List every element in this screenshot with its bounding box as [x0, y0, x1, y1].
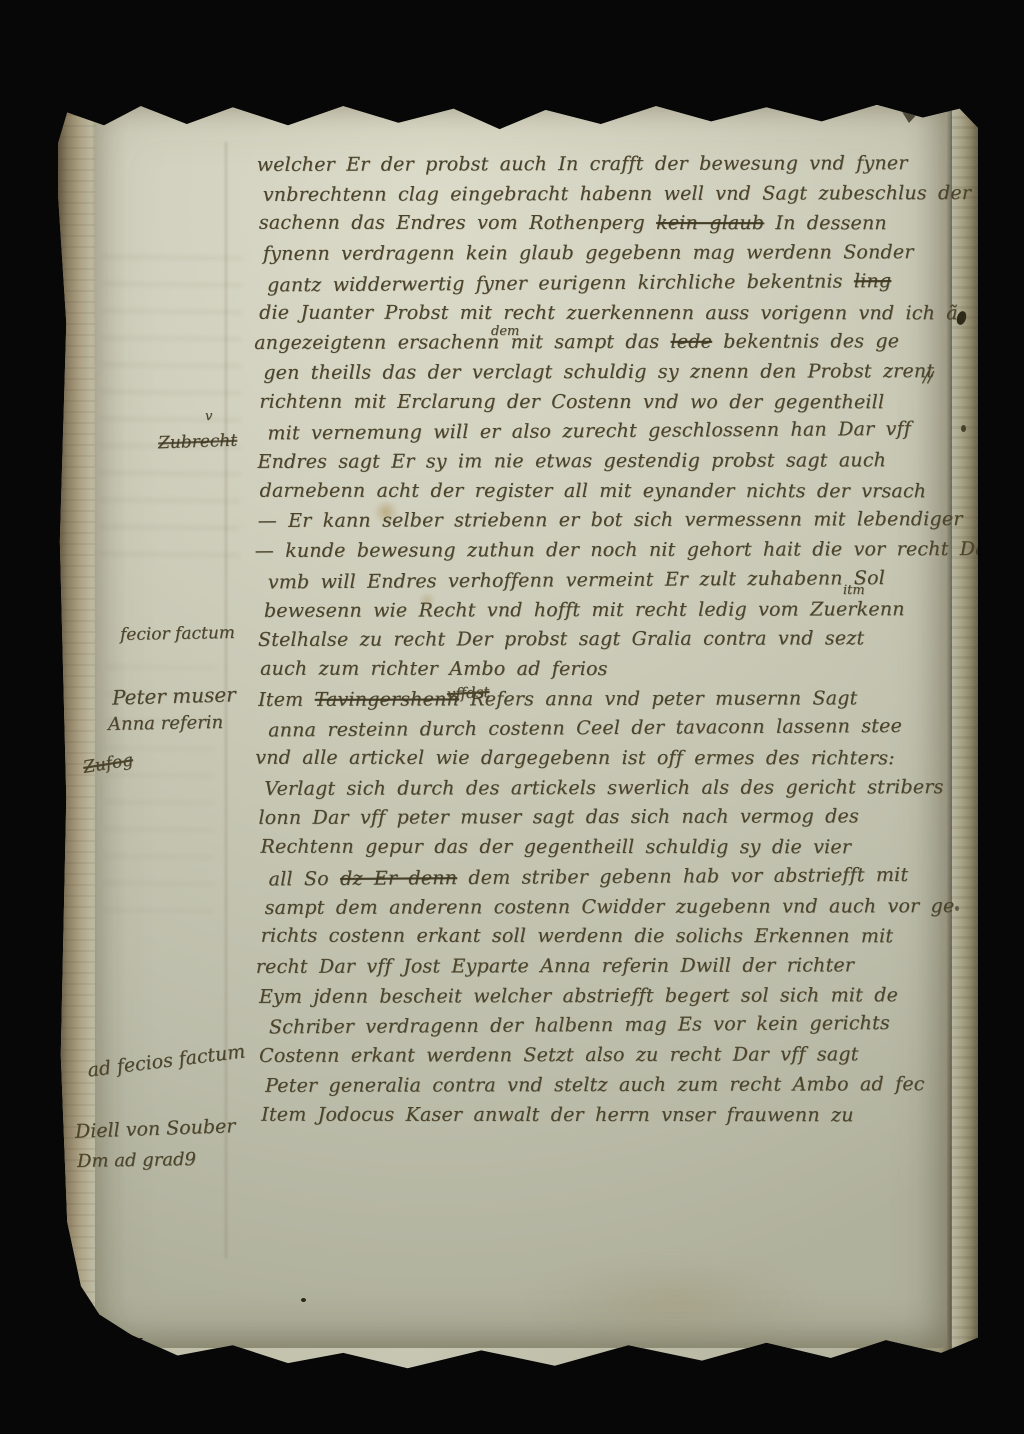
- ink-mark-top-right: [900, 108, 919, 124]
- manuscript-line: fynenn verdragenn kein glaub gegebenn ma…: [263, 238, 957, 270]
- line-text: — Er kann selber striebenn er bot sich v…: [258, 509, 963, 533]
- check-mark: v: [205, 409, 212, 424]
- manuscript-line: Rechtenn gepur das der gegentheill schul…: [261, 833, 959, 863]
- manuscript-line: Eym jdenn bescheit welcher abstriefft be…: [259, 981, 959, 1013]
- text-body: welcher Er der probst auch In crafft der…: [257, 149, 960, 1131]
- manuscript-line: Item Jodocus Kaser anwalt der herrn vnse…: [261, 1100, 959, 1130]
- line-text: Peter generalia contra vnd steltz auch z…: [265, 1073, 925, 1097]
- interline-slash-mark: //: [923, 368, 933, 386]
- line-text: Eym jdenn bescheit welcher abstriefft be…: [259, 984, 898, 1008]
- manuscript-line: vnbrechtenn clag eingebracht habenn well…: [263, 179, 957, 211]
- line-text: vmb will Endres verhoffenn vermeint Er z…: [268, 567, 885, 593]
- line-text: Verlagt sich durch des artickels swerlic…: [264, 776, 943, 800]
- margin-note-diell-von-souber: Diell von Souber: [75, 1115, 236, 1143]
- line-text: sachenn das Endres vom Rothenperg: [259, 212, 656, 234]
- line-text: all So: [269, 868, 341, 890]
- manuscript-line: — kunde bewesung zuthun der noch nit geh…: [255, 535, 958, 567]
- struck-text: dz Er denn: [340, 867, 457, 890]
- line-text: gantz widderwertig fyner eurigenn kirchl…: [267, 270, 854, 296]
- manuscript-line: gantz widderwertig fyner eurigenn kirchl…: [267, 266, 957, 301]
- line-text: recht Dar vff Jost Eyparte Anna referin …: [256, 954, 854, 978]
- line-text: die Juanter Probst mit recht zuerkennenn…: [259, 301, 958, 324]
- interline-note-dem: dem: [491, 324, 519, 339]
- manuscript-line: Verlagt sich durch des artickels swerlic…: [264, 773, 958, 805]
- line-text: lonn Dar vff peter muser sagt das sich n…: [258, 806, 858, 830]
- manuscript-line: sampt dem anderenn costenn Cwidder zugeb…: [265, 892, 959, 924]
- stain: [525, 1256, 825, 1346]
- verso-showthrough: [99, 255, 242, 556]
- margin-note-text: Zubrecht: [158, 431, 238, 454]
- manuscript-line: — Er kann selber striebenn er bot sich v…: [258, 506, 958, 538]
- manuscript-line: auch zum richter Ambo ad ferios: [260, 655, 958, 685]
- interline-scribble-crossed: vffdst: [447, 683, 490, 703]
- manuscript-line: Stelhalse zu recht Der probst sagt Grali…: [258, 624, 958, 656]
- margin-note-ad-fecios-factum: ad fecios factum: [86, 1040, 246, 1081]
- line-text: bewesenn wie Recht vnd hofft mit recht l…: [264, 598, 905, 622]
- corner-fold-notch: [121, 1338, 143, 1352]
- manuscript-photo: welcher Er der probst auch In crafft der…: [0, 0, 1024, 1434]
- manuscript-line: lonn Dar vff peter muser sagt das sich n…: [258, 803, 958, 835]
- manuscript-line: bewesenn wie Recht vnd hofft mit recht l…: [264, 595, 958, 627]
- corner-fold: [103, 1334, 159, 1364]
- parchment-surface: welcher Er der probst auch In crafft der…: [95, 106, 947, 1348]
- struck-text: kein glaub: [656, 212, 764, 234]
- interline-note-itm: itm: [843, 583, 865, 598]
- line-text: angezeigtenn ersachenn mit sampt das: [254, 331, 670, 354]
- margin-note-fecior-factum: fecior factum: [120, 623, 235, 645]
- line-text: Item: [258, 688, 315, 710]
- line-text: anna resteinn durch costenn Ceel der tav…: [268, 715, 902, 741]
- margin-note-zubrecht: Zubrecht: [158, 431, 238, 454]
- margin-note-peter-muser: Peter muser: [112, 682, 236, 709]
- manuscript-line: vnd alle artickel wie dargegebenn ist of…: [255, 744, 958, 774]
- manuscript-line: die Juanter Probst mit recht zuerkennenn…: [259, 298, 957, 328]
- line-text: Stelhalse zu recht Der probst sagt Grali…: [258, 628, 864, 652]
- manuscript-line: Schriber verdragenn der halbenn mag Es v…: [269, 1009, 959, 1044]
- struck-text: lede: [670, 331, 712, 353]
- manuscript-line: recht Dar vff Jost Eyparte Anna referin …: [256, 951, 959, 983]
- manuscript-line: mit vernemung will er also zurecht gesch…: [267, 415, 957, 450]
- manuscript-line: sachenn das Endres vom Rothenperg kein g…: [259, 209, 957, 239]
- line-text: dem striber gebenn hab vor abstriefft mi…: [457, 864, 908, 889]
- manuscript-line: darnebenn acht der register all mit eyna…: [260, 476, 958, 506]
- line-text: Item Jodocus Kaser anwalt der herrn vnse…: [261, 1103, 853, 1126]
- line-text: Schriber verdragenn der halbenn mag Es v…: [269, 1012, 890, 1038]
- manuscript-line: richts costenn erkant soll werdenn die s…: [261, 922, 959, 952]
- manuscript-line: Peter generalia contra vnd steltz auch z…: [265, 1070, 959, 1102]
- line-text: In dessenn: [764, 213, 887, 235]
- line-text: richts costenn erkant soll werdenn die s…: [261, 925, 893, 948]
- line-text: Costenn erkant werdenn Setzt also zu rec…: [259, 1043, 859, 1067]
- line-text: fynenn verdragenn kein glaub gegebenn ma…: [263, 241, 914, 265]
- ink-speck: [961, 425, 966, 432]
- page-deckle-edge-left: [58, 92, 100, 1376]
- line-text: richtenn mit Erclarung der Costenn vnd w…: [259, 390, 884, 413]
- line-text: bekentnis des ge: [712, 330, 899, 352]
- manuscript-line: welcher Er der probst auch In crafft der…: [257, 149, 957, 181]
- fly-speck: [301, 1298, 306, 1302]
- line-text: vnbrechtenn clag eingebracht habenn well…: [263, 182, 971, 206]
- manuscript-line: Item Tavingershenn Refers anna vnd peter…: [258, 684, 958, 716]
- manuscript-line: Endres sagt Er sy im nie etwas gestendig…: [257, 446, 957, 478]
- line-text: Endres sagt Er sy im nie etwas gestendig…: [258, 449, 887, 473]
- line-text: mit vernemung will er also zurecht gesch…: [267, 418, 911, 444]
- line-text: vnd alle artickel wie dargegebenn ist of…: [255, 747, 895, 770]
- struck-text: Tavingershenn: [315, 688, 459, 710]
- line-text: — kunde bewesung zuthun der noch nit geh…: [255, 538, 996, 562]
- line-text: Refers anna vnd peter musernn Sagt: [459, 687, 858, 710]
- line-text: gen theills das der verclagt schuldig sy…: [263, 360, 934, 384]
- struck-text: ling: [854, 270, 892, 292]
- manuscript-line: richtenn mit Erclarung der Costenn vnd w…: [259, 387, 957, 417]
- line-text: sampt dem anderenn costenn Cwidder zugeb…: [265, 895, 955, 919]
- margin-note-dm-ad-gradus: Dm ad grad9: [77, 1149, 196, 1172]
- manuscript-line: Costenn erkant werdenn Setzt also zu rec…: [259, 1040, 959, 1072]
- book-page: welcher Er der probst auch In crafft der…: [58, 92, 978, 1376]
- line-text: auch zum richter Ambo ad ferios: [260, 658, 608, 680]
- manuscript-line: angezeigtenn ersachenn mit sampt das led…: [254, 327, 957, 359]
- margin-note-anna-referin: Anna referin: [108, 712, 224, 735]
- line-text: Rechtenn gepur das der gegentheill schul…: [261, 836, 852, 859]
- line-text: welcher Er der probst auch In crafft der…: [257, 152, 908, 176]
- manuscript-line: all So dz Er denn dem striber gebenn hab…: [269, 860, 959, 895]
- line-text: darnebenn acht der register all mit eyna…: [260, 479, 927, 502]
- manuscript-line: gen theills das der verclagt schuldig sy…: [263, 357, 957, 389]
- manuscript-line: anna resteinn durch costenn Ceel der tav…: [268, 712, 958, 747]
